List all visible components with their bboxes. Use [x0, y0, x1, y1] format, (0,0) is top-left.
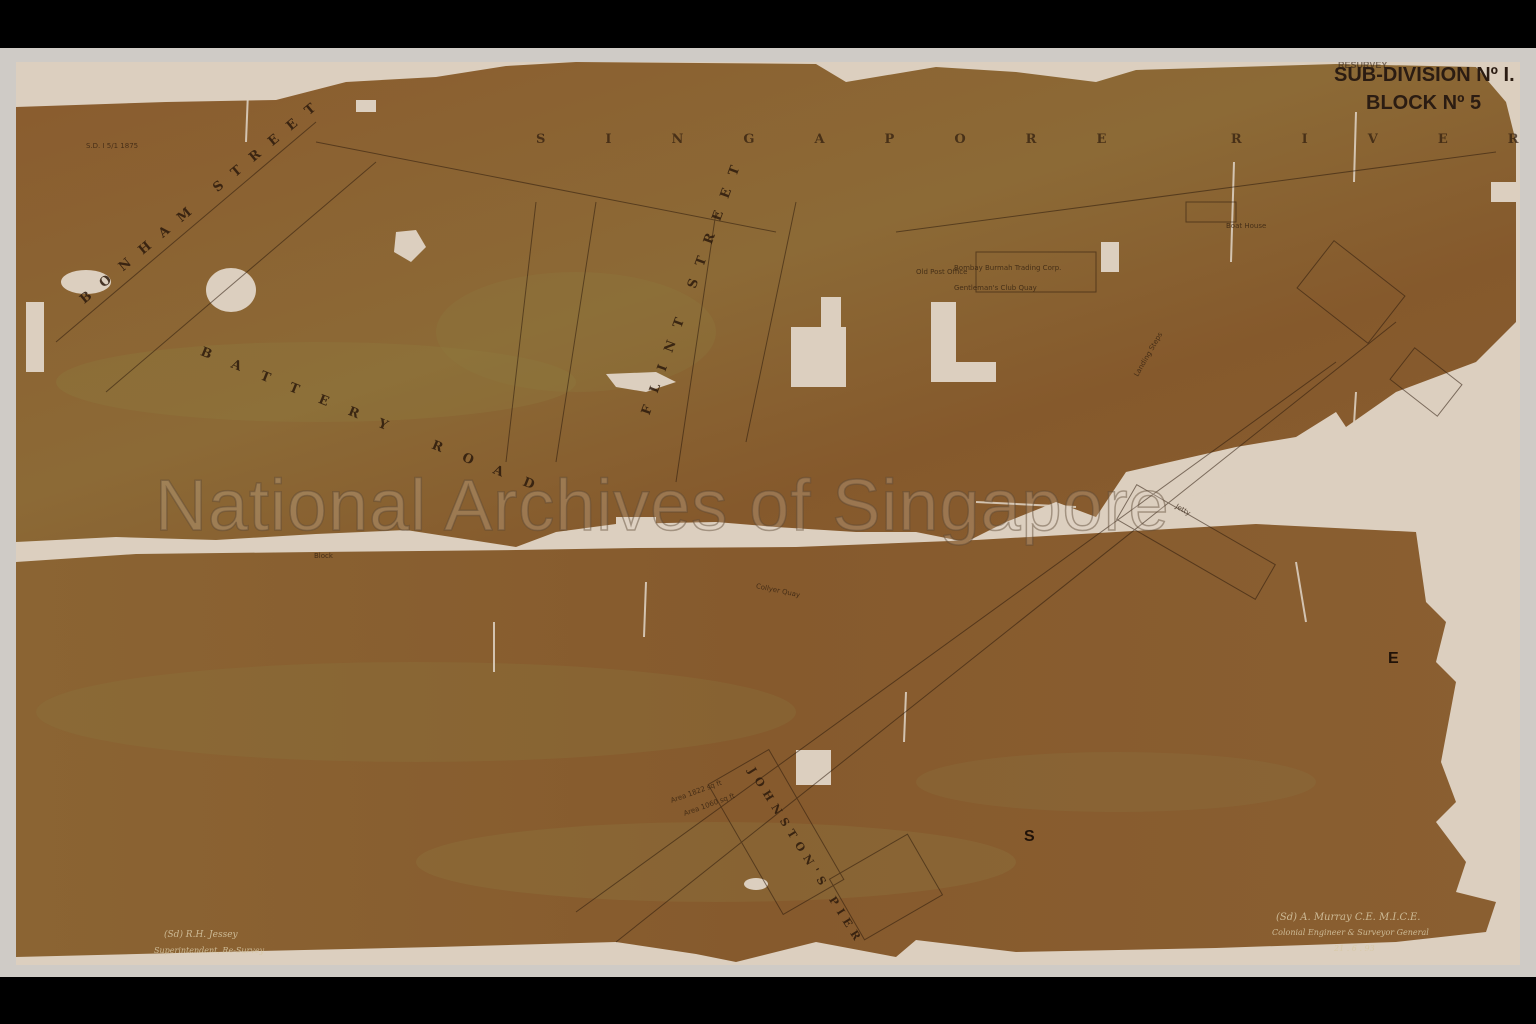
map-surface [16, 62, 1520, 965]
label-block: Block [314, 552, 333, 560]
label-gentlemans-club: Gentleman's Club Quay [954, 284, 1037, 292]
label-bombay-burmah: Bombay Burmah Trading Corp. [954, 264, 1061, 272]
sea-letter-e: E [1388, 650, 1399, 668]
label-boat-house: Boat House [1226, 222, 1266, 230]
river-label: SINGAPORE RIVER [536, 132, 1520, 147]
signature-left-name: (Sd) R.H. Jessey [164, 930, 238, 940]
signature-right-name: (Sd) A. Murray C.E. M.I.C.E. [1276, 912, 1420, 923]
sea-letter-s: S [1024, 828, 1035, 846]
signature-right-date: 21 . 6 . 93 [1334, 944, 1375, 953]
signature-left-title: Superintendent, Re-Survey [154, 946, 264, 955]
map-sheet: RESURVEY SUB-DIVISION Nº I. BLOCK Nº 5 B… [16, 62, 1520, 965]
ref-label: S.D. I 5/1 1875 [86, 142, 138, 150]
block-title: BLOCK Nº 5 [1366, 92, 1481, 115]
subdivision-title: SUB-DIVISION Nº I. [1334, 64, 1515, 87]
signature-right-title: Colonial Engineer & Surveyor General [1272, 928, 1429, 937]
